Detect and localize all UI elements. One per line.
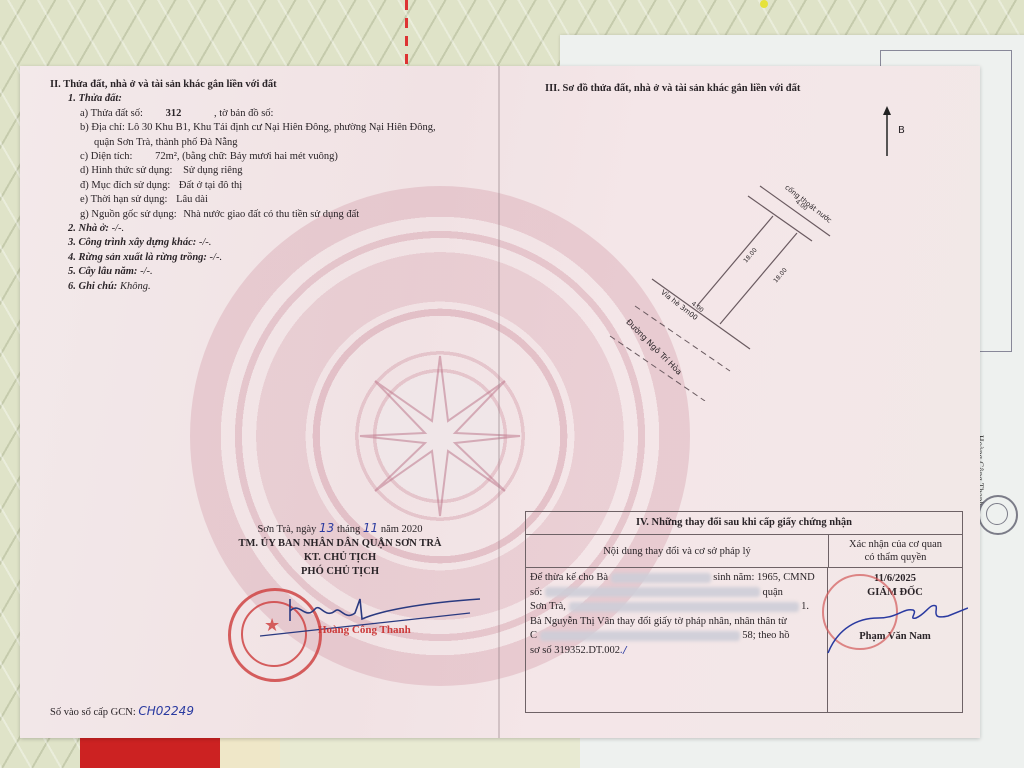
redacted-address bbox=[569, 602, 799, 612]
purpose-label: đ) Mục đích sử dụng: bbox=[80, 180, 170, 191]
background-cloth bbox=[80, 735, 580, 768]
use-form-value: Sử dụng riêng bbox=[183, 165, 242, 176]
note-label: 6. Ghi chú: bbox=[68, 281, 117, 292]
house-row: 2. Nhà ở: -/-. bbox=[50, 222, 436, 236]
perennial-label: 5. Cây lâu năm: bbox=[68, 266, 137, 277]
term-label: e) Thời hạn sử dụng: bbox=[80, 194, 167, 205]
use-form-label: d) Hình thức sử dụng: bbox=[80, 165, 172, 176]
term-row: e) Thời hạn sử dụng: Lâu dài bbox=[50, 193, 436, 207]
change-line5-start: C bbox=[530, 630, 537, 641]
parcel-number-label: a) Thửa đất số: bbox=[80, 108, 143, 119]
gcn-register: Số vào sổ cấp GCN: CH02249 bbox=[50, 704, 194, 718]
purpose-value: Đất ở tại đô thị bbox=[179, 180, 242, 191]
redacted-cccd bbox=[540, 631, 740, 641]
month-label: tháng bbox=[337, 524, 360, 535]
origin-row: g) Nguồn gốc sử dụng: Nhà nước giao đất … bbox=[50, 208, 436, 222]
signer-title: PHÓ CHỦ TỊCH bbox=[220, 565, 460, 579]
issue-year: năm 2020 bbox=[381, 524, 423, 535]
parcel-heading: 1. Thửa đất: bbox=[50, 92, 436, 106]
other-works-value: -/-. bbox=[199, 237, 212, 248]
parcel-number-value: 312 bbox=[166, 108, 182, 119]
changes-table-row: Để thừa kế cho Bà sinh năm: 1965, CMND s… bbox=[526, 568, 962, 712]
term-value: Lâu dài bbox=[176, 194, 208, 205]
address-line2: quận Sơn Trà, thành phố Đà Nẵng bbox=[50, 136, 436, 150]
col-confirmation: Xác nhận của cơ quan có thẩm quyền bbox=[829, 535, 962, 567]
gcn-number: CH02249 bbox=[138, 704, 194, 718]
change-content-cell: Để thừa kế cho Bà sinh năm: 1965, CMND s… bbox=[526, 568, 828, 712]
other-works-row: 3. Công trình xây dựng khác: -/-. bbox=[50, 236, 436, 250]
section4-title: IV. Những thay đổi sau khi cấp giấy chứn… bbox=[526, 512, 962, 535]
signer-name: Hoàng Công Thanh bbox=[318, 624, 411, 636]
house-label: 2. Nhà ở: bbox=[68, 223, 109, 234]
issue-day: 13 bbox=[319, 521, 334, 535]
area-value: 72m², (bằng chữ: Bảy mươi hai mét vuông) bbox=[155, 151, 338, 162]
section2-block: II. Thửa đất, nhà ở và tài sản khác gắn … bbox=[50, 78, 436, 294]
perennial-value: -/-. bbox=[140, 266, 153, 277]
place-date: Sơn Trà, ngày 13 tháng 11 năm 2020 bbox=[220, 521, 460, 537]
change-line2-end: quận bbox=[763, 587, 783, 598]
gcn-label: Số vào sổ cấp GCN: bbox=[50, 707, 136, 718]
center-fold bbox=[498, 66, 500, 738]
kt-line: KT. CHỦ TỊCH bbox=[220, 551, 460, 565]
back-page-seal-icon bbox=[978, 495, 1018, 535]
use-form-row: d) Hình thức sử dụng: Sử dụng riêng bbox=[50, 164, 436, 178]
parcel-number-row: a) Thửa đất số: 312 , tờ bản đồ số: bbox=[50, 107, 436, 121]
redacted-name bbox=[611, 573, 711, 583]
section2-title: II. Thửa đất, nhà ở và tài sản khác gắn … bbox=[50, 78, 436, 92]
map-sheet-label: , tờ bản đồ số: bbox=[214, 108, 274, 119]
land-use-certificate: II. Thửa đất, nhà ở và tài sản khác gắn … bbox=[20, 66, 980, 738]
forest-row: 4. Rừng sản xuất là rừng trồng: -/-. bbox=[50, 251, 436, 265]
area-label: c) Diện tích: bbox=[80, 151, 132, 162]
address-row: b) Địa chỉ: Lô 30 Khu B1, Khu Tái định c… bbox=[50, 121, 436, 135]
changes-table: IV. Những thay đổi sau khi cấp giấy chứn… bbox=[525, 511, 963, 713]
confirmation-cell: 11/6/2025 GIÁM ĐỐC Phạm Văn Nam bbox=[828, 568, 962, 712]
issue-month: 11 bbox=[363, 521, 378, 535]
north-arrow-icon bbox=[880, 106, 892, 156]
change-line5-end: 58; theo hồ bbox=[742, 630, 789, 641]
origin-label: g) Nguồn gốc sử dụng: bbox=[80, 209, 177, 220]
change-line3-start: Sơn Trà, bbox=[530, 601, 566, 612]
col-confirmation-line2: có thẩm quyền bbox=[849, 551, 942, 564]
perennial-row: 5. Cây lâu năm: -/-. bbox=[50, 265, 436, 279]
confirmation-signature-icon bbox=[808, 588, 968, 658]
other-works-label: 3. Công trình xây dựng khác: bbox=[68, 237, 196, 248]
redacted-id bbox=[545, 587, 760, 597]
change-line1-end: sinh năm: 1965, CMND bbox=[713, 572, 815, 583]
background-yellow-dot bbox=[760, 0, 768, 8]
house-value: -/-. bbox=[112, 223, 125, 234]
note-row: 6. Ghi chú: Không. bbox=[50, 280, 436, 294]
changes-table-header: Nội dung thay đổi và cơ sở pháp lý Xác n… bbox=[526, 535, 962, 568]
forest-value: -/-. bbox=[210, 252, 223, 263]
purpose-row: đ) Mục đích sử dụng: Đất ở tại đô thị bbox=[50, 179, 436, 193]
north-label: B bbox=[898, 124, 905, 138]
background-red-thread bbox=[405, 0, 408, 70]
col-change-content: Nội dung thay đổi và cơ sở pháp lý bbox=[526, 535, 829, 567]
area-row: c) Diện tích: 72m², (bằng chữ: Bảy mươi … bbox=[50, 150, 436, 164]
forest-label: 4. Rừng sản xuất là rừng trồng: bbox=[68, 252, 207, 263]
address-label: b) Địa chỉ: bbox=[80, 122, 125, 133]
address-line1: Lô 30 Khu B1, Khu Tái định cư Nại Hiên Đ… bbox=[128, 122, 436, 133]
change-line6: sơ số 319352.DT.002 bbox=[530, 645, 620, 656]
issuing-org: TM. ỦY BAN NHÂN DÂN QUẬN SƠN TRÀ bbox=[220, 537, 460, 551]
origin-value: Nhà nước giao đất có thu tiền sử dụng đấ… bbox=[183, 209, 359, 220]
change-line2-start: số: bbox=[530, 587, 542, 598]
place-date-prefix: Sơn Trà, ngày bbox=[257, 524, 316, 535]
note-value: Không. bbox=[120, 281, 151, 292]
col-confirmation-line1: Xác nhận của cơ quan bbox=[849, 538, 942, 551]
change-line4: Bà Nguyễn Thị Vân thay đổi giấy tờ pháp … bbox=[530, 615, 823, 630]
section3-title: III. Sơ đồ thửa đất, nhà ở và tài sản kh… bbox=[545, 82, 800, 96]
change-line1-start: Để thừa kế cho Bà bbox=[530, 572, 608, 583]
signature-block: Sơn Trà, ngày 13 tháng 11 năm 2020 TM. Ủ… bbox=[220, 521, 460, 579]
